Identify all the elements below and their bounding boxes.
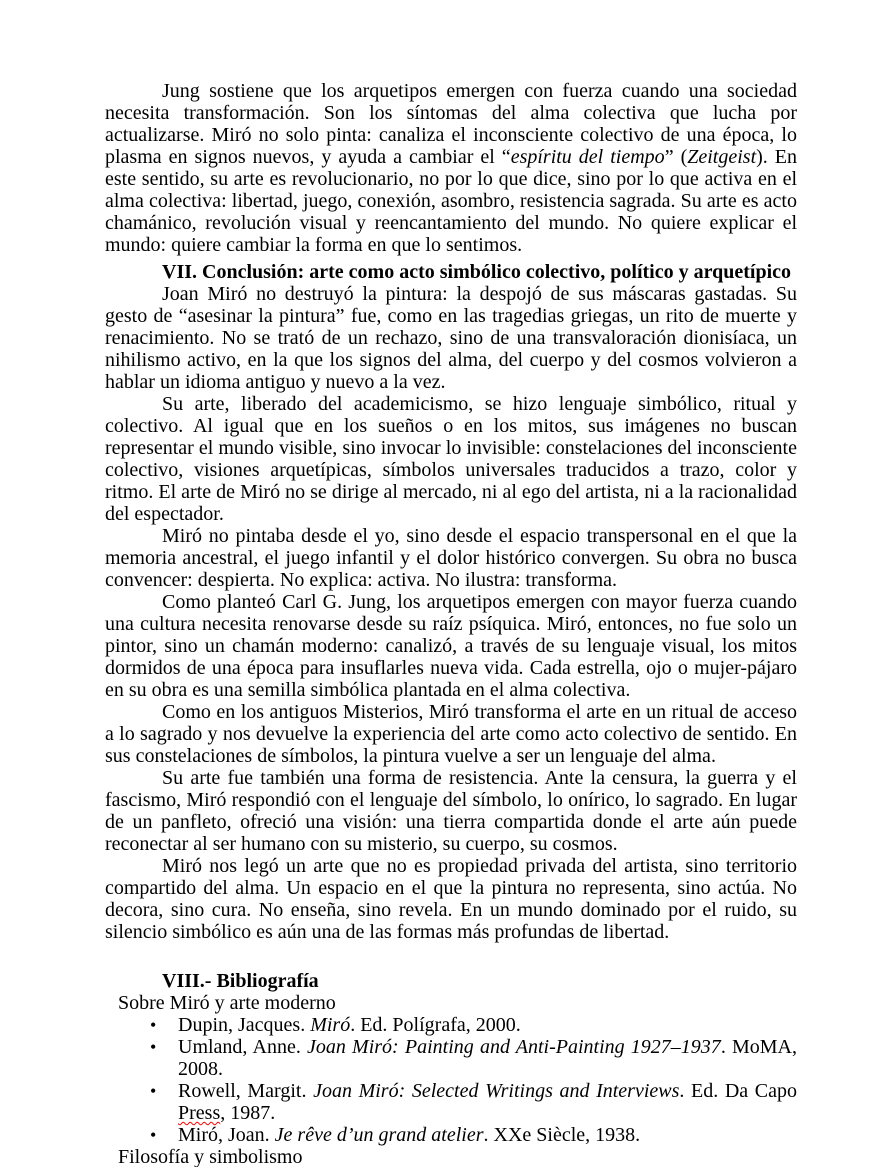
text-run: Miró nos legó un arte que no es propieda… bbox=[105, 855, 797, 943]
bibliography-entry-dupin: •Dupin, Jacques. Miró. Ed. Polígrafa, 20… bbox=[105, 1014, 797, 1036]
text-run: , 1987. bbox=[220, 1102, 275, 1124]
document-page: Jung sostiene que los arquetipos emergen… bbox=[0, 0, 894, 1167]
conclusion-paragraph-7: Miró nos legó un arte que no es propieda… bbox=[105, 855, 797, 943]
text-run: Rowell, Margit. bbox=[178, 1080, 313, 1102]
italic-text-run: Zeitgeist bbox=[687, 146, 756, 168]
bullet-icon: • bbox=[150, 1014, 156, 1036]
italic-text-run: espíritu del tiempo bbox=[511, 146, 665, 168]
misspelled-word: Press bbox=[178, 1102, 220, 1124]
bullet-icon: • bbox=[150, 1080, 156, 1102]
text-run: Umland, Anne. bbox=[178, 1036, 307, 1058]
bibliography-category-line: Filosofía y simbolismo bbox=[118, 1146, 797, 1167]
text-run: . Ed. Da Capo bbox=[679, 1080, 797, 1102]
bullet-icon: • bbox=[150, 1036, 156, 1058]
text-run: Su arte fue también una forma de resiste… bbox=[105, 767, 797, 855]
text-run: Miró, Joan. bbox=[178, 1124, 275, 1146]
bibliography-entry-rowell: •Rowell, Margit. Joan Miró: Selected Wri… bbox=[105, 1080, 797, 1124]
document-body: Jung sostiene que los arquetipos emergen… bbox=[105, 80, 797, 1167]
section-vii-heading: VII. Conclusión: arte como acto simbólic… bbox=[105, 261, 797, 283]
bibliography-heading: VIII.- Bibliografía bbox=[105, 970, 797, 992]
bibliography-entry-umland: •Umland, Anne. Joan Miró: Painting and A… bbox=[105, 1036, 797, 1080]
conclusion-paragraph-1: Joan Miró no destruyó la pintura: la des… bbox=[105, 283, 797, 393]
conclusion-paragraph-4: Como planteó Carl G. Jung, los arquetipo… bbox=[105, 591, 797, 701]
text-run: Como en los antiguos Misterios, Miró tra… bbox=[105, 701, 797, 767]
text-run: Su arte, liberado del academicismo, se h… bbox=[105, 393, 797, 525]
italic-text-run: Joan Miró: Painting and Anti-Painting 19… bbox=[307, 1036, 721, 1058]
text-run: Dupin, Jacques. bbox=[178, 1014, 310, 1036]
conclusion-paragraph-2: Su arte, liberado del academicismo, se h… bbox=[105, 393, 797, 525]
italic-text-run: Miró bbox=[310, 1014, 350, 1036]
text-run: Miró no pintaba desde el yo, sino desde … bbox=[105, 525, 797, 591]
text-run: . XXe Siècle, 1938. bbox=[484, 1124, 641, 1146]
conclusion-paragraph-6: Su arte fue también una forma de resiste… bbox=[105, 767, 797, 855]
intro-jung-paragraph: Jung sostiene que los arquetipos emergen… bbox=[105, 80, 797, 256]
text-run: . Ed. Polígrafa, 2000. bbox=[350, 1014, 521, 1036]
text-run: Como planteó Carl G. Jung, los arquetipo… bbox=[105, 591, 797, 701]
bullet-icon: • bbox=[150, 1124, 156, 1146]
conclusion-paragraph-5: Como en los antiguos Misterios, Miró tra… bbox=[105, 701, 797, 767]
italic-text-run: Je rêve d’un grand atelier bbox=[275, 1124, 484, 1146]
italic-text-run: Joan Miró: Selected Writings and Intervi… bbox=[313, 1080, 679, 1102]
conclusion-paragraph-3: Miró no pintaba desde el yo, sino desde … bbox=[105, 525, 797, 591]
bibliography-entry-miro: •Miró, Joan. Je rêve d’un grand atelier.… bbox=[105, 1124, 797, 1146]
text-run: Joan Miró no destruyó la pintura: la des… bbox=[105, 283, 797, 393]
bibliography-subheading: Sobre Miró y arte moderno bbox=[118, 992, 797, 1014]
text-run: ” ( bbox=[665, 146, 688, 168]
